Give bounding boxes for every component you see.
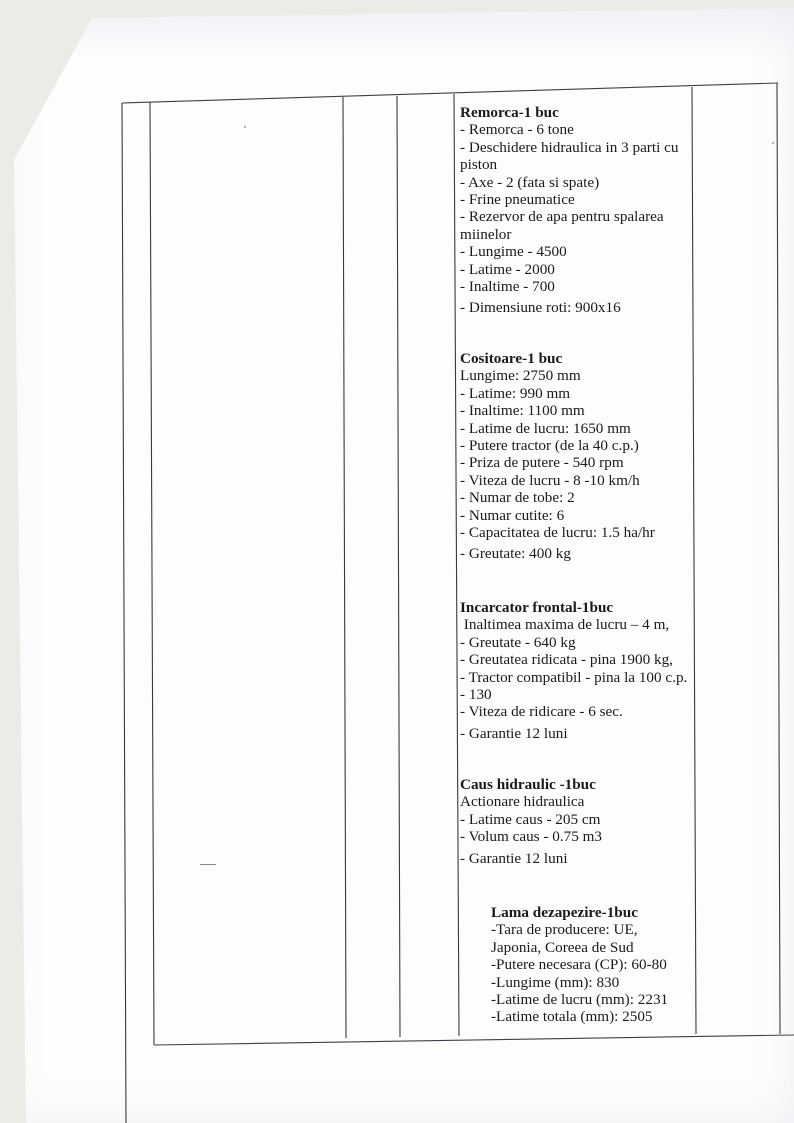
spec-line: Lungime: 2750 mm: [460, 367, 688, 384]
spec-line: - Latime caus - 205 cm: [460, 811, 688, 828]
spec-line: - Greutate - 640 kg: [460, 634, 688, 651]
spec-line: - Greutate: 400 kg: [460, 545, 688, 562]
spec-line: - Latime - 2000: [460, 261, 688, 278]
spec-line: - Latime de lucru: 1650 mm: [460, 420, 688, 437]
spec-line: - Remorca - 6 tone: [460, 121, 688, 138]
spec-item-remorca: Remorca-1 buc - Remorca - 6 tone - Desch…: [460, 104, 688, 317]
spec-line: - Tractor compatibil - pina la 100 c.p. …: [460, 669, 688, 704]
spec-line: - Greutatea ridicata - pina 1900 kg,: [460, 651, 688, 668]
item-title: Lama dezapezire-1buc: [491, 904, 691, 921]
item-title: Caus hidraulic -1buc: [460, 776, 688, 793]
spec-line: -Tara de producere: UE, Japonia, Coreea …: [491, 921, 691, 956]
spec-line: - Capacitatea de lucru: 1.5 ha/hr: [460, 524, 688, 541]
spec-line: - Priza de putere - 540 rpm: [460, 454, 688, 471]
spec-line: - Viteza de lucru - 8 -10 km/h: [460, 472, 688, 489]
spec-line: - Rezervor de apa pentru spalarea miinel…: [460, 208, 688, 243]
spec-line: Inaltimea maxima de lucru – 4 m,: [460, 616, 688, 633]
spec-line: - Deschidere hidraulica in 3 parti cu pi…: [460, 139, 688, 174]
column-dash-mark: [200, 864, 216, 865]
spec-line: - Numar de tobe: 2: [460, 489, 688, 506]
spec-line: - Putere tractor (de la 40 c.p.): [460, 437, 688, 454]
spec-line: - Axe - 2 (fata si spate): [460, 174, 688, 191]
spec-line: - Viteza de ridicare - 6 sec.: [460, 703, 688, 720]
spec-line: - Dimensiune roti: 900x16: [460, 299, 688, 316]
spec-line: - Lungime - 4500: [460, 243, 688, 260]
spec-line: - Inaltime: 1100 mm: [460, 402, 688, 419]
scan-speck: [772, 142, 774, 144]
spec-line: -Lungime (mm): 830: [491, 974, 691, 991]
spec-line: - Frine pneumatice: [460, 191, 688, 208]
spec-line: - Inaltime - 700: [460, 278, 688, 295]
spec-line: Actionare hidraulica: [460, 793, 688, 810]
spec-line: - Numar cutite: 6: [460, 507, 688, 524]
spec-item-caus-hidraulic: Caus hidraulic -1buc Actionare hidraulic…: [460, 776, 688, 867]
spec-line: - Volum caus - 0.75 m3: [460, 828, 688, 845]
spec-item-incarcator-frontal: Incarcator frontal-1buc Inaltimea maxima…: [460, 599, 688, 742]
spec-line: -Latime totala (mm): 2505: [491, 1008, 691, 1025]
spec-item-cositoare: Cositoare-1 buc Lungime: 2750 mm - Latim…: [460, 350, 688, 563]
spec-line: - Garantie 12 luni: [460, 725, 688, 742]
spec-item-lama-dezapezire: Lama dezapezire-1buc -Tara de producere:…: [491, 904, 691, 1026]
spec-line: - Garantie 12 luni: [460, 850, 688, 867]
spec-line: -Latime de lucru (mm): 2231: [491, 991, 691, 1008]
item-title: Cositoare-1 buc: [460, 350, 688, 367]
spec-line: - Latime: 990 mm: [460, 385, 688, 402]
spec-line: -Putere necesara (CP): 60-80: [491, 956, 691, 973]
item-title: Remorca-1 buc: [460, 104, 688, 121]
item-title: Incarcator frontal-1buc: [460, 599, 688, 616]
scan-speck: [244, 126, 246, 128]
